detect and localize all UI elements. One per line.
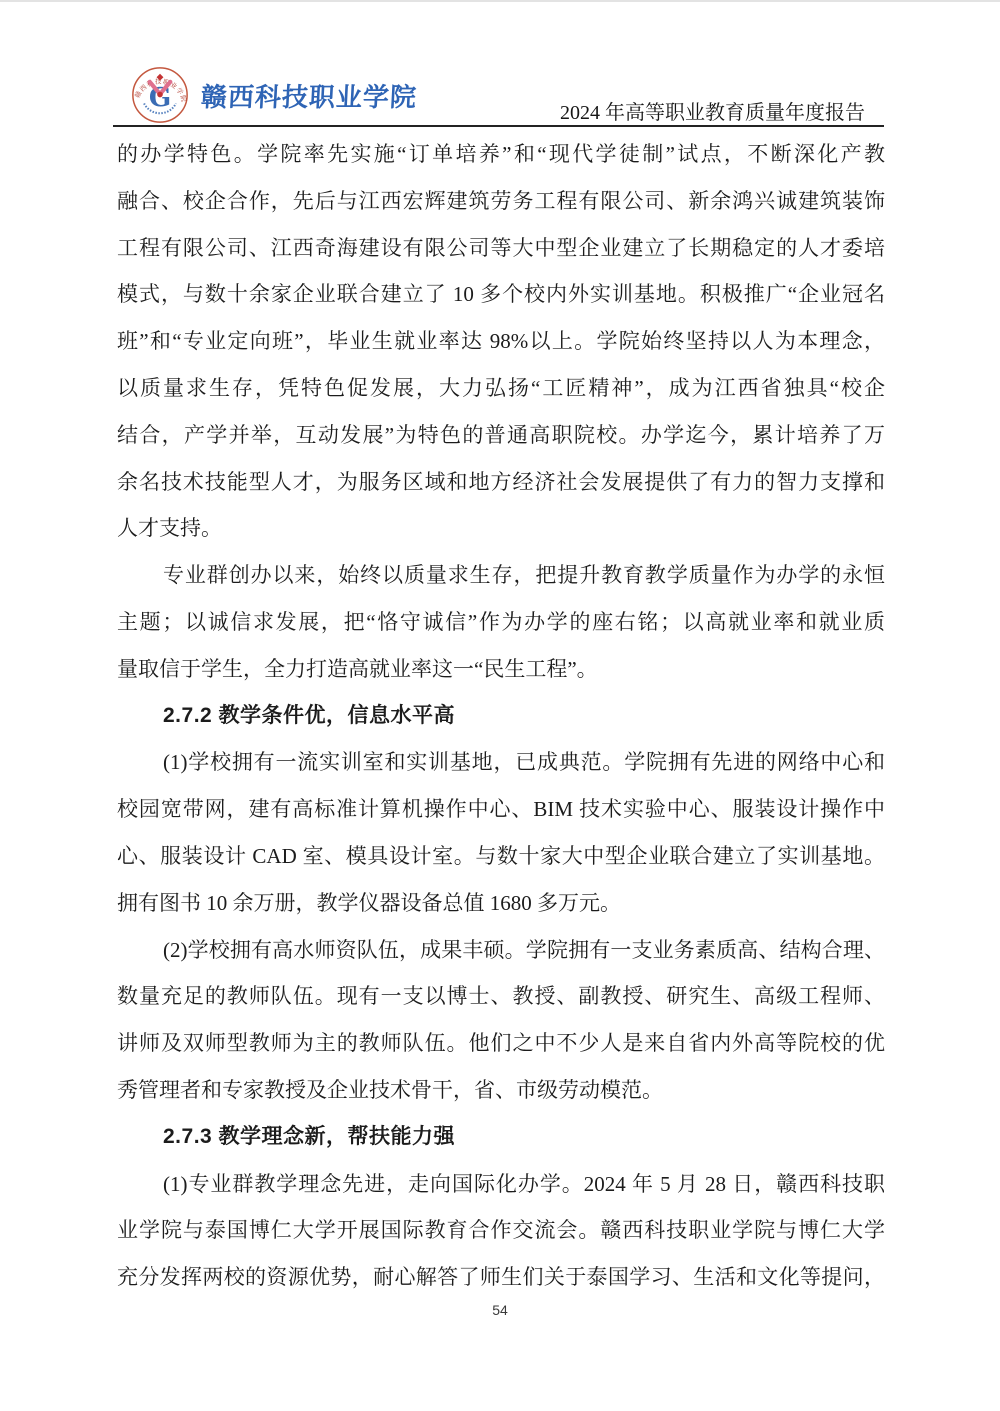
text-line: 的办学特色。学院率先实施“订单培养”和“现代学徒制”试点，不断深化产教 bbox=[117, 131, 885, 178]
school-seal-icon: 赣西科技职业学院 G bbox=[131, 66, 189, 124]
text-line: 拥有图书 10 余万册，教学仪器设备总值 1680 多万元。 bbox=[117, 880, 885, 927]
report-title: 2024 年高等职业教育质量年度报告 bbox=[560, 96, 865, 125]
header-logo: 赣西科技职业学院 G 赣西科技职业学院 bbox=[131, 66, 417, 124]
text-line: 融合、校企合作，先后与江西宏辉建筑劳务工程有限公司、新余鸿兴诚建筑装饰 bbox=[117, 178, 885, 225]
text-line: 工程有限公司、江西奇海建设有限公司等大中型企业建立了长期稳定的人才委培 bbox=[117, 225, 885, 272]
section-heading: 2.7.3 教学理念新，帮扶能力强 bbox=[117, 1114, 885, 1161]
header-rule bbox=[113, 125, 884, 127]
text-line: 结合，产学并举，互动发展”为特色的普通高职院校。办学迄今，累计培养了万 bbox=[117, 412, 885, 459]
text-line: 充分发挥两校的资源优势，耐心解答了师生们关于泰国学习、生活和文化等提问， bbox=[117, 1254, 885, 1301]
text-line: 主题；以诚信求发展，把“恪守诚信”作为办学的座右铭；以高就业率和就业质 bbox=[117, 599, 885, 646]
section-heading: 2.7.2 教学条件优，信息水平高 bbox=[117, 693, 885, 740]
page-number: 54 bbox=[0, 1302, 1000, 1318]
text-line: 以质量求生存，凭特色促发展，大力弘扬“工匠精神”，成为江西省独具“校企 bbox=[117, 365, 885, 412]
text-line: 心、服装设计 CAD 室、模具设计室。与数十家大中型企业联合建立了实训基地。 bbox=[117, 833, 885, 880]
text-line: (1)学校拥有一流实训室和实训基地，已成典范。学院拥有先进的网络中心和 bbox=[117, 739, 885, 786]
text-line: (1)专业群教学理念先进，走向国际化办学。2024 年 5 月 28 日，赣西科… bbox=[117, 1161, 885, 1208]
text-line: 专业群创办以来，始终以质量求生存，把提升教育教学质量作为办学的永恒 bbox=[117, 552, 885, 599]
text-line: 数量充足的教师队伍。现有一支以博士、教授、副教授、研究生、高级工程师、 bbox=[117, 973, 885, 1020]
text-line: 模式，与数十余家企业联合建立了 10 多个校内外实训基地。积极推广“企业冠名 bbox=[117, 271, 885, 318]
text-line: 余名技术技能型人才，为服务区域和地方经济社会发展提供了有力的智力支撑和 bbox=[117, 459, 885, 506]
text-line: 量取信于学生，全力打造高就业率这一“民生工程”。 bbox=[117, 646, 885, 693]
text-line: 人才支持。 bbox=[117, 505, 885, 552]
text-line: 讲师及双师型教师为主的教师队伍。他们之中不少人是来自省内外高等院校的优 bbox=[117, 1020, 885, 1067]
seal-center-dot bbox=[157, 92, 163, 98]
page-top-edge bbox=[0, 0, 1000, 2]
text-line: 校园宽带网，建有高标准计算机操作中心、BIM 技术实验中心、服装设计操作中 bbox=[117, 786, 885, 833]
document-page: 赣西科技职业学院 G 赣西科技职业学院 2024 年高等职业教育质量年度报告 的… bbox=[0, 0, 1000, 1411]
text-line: 业学院与泰国博仁大学开展国际教育合作交流会。赣西科技职业学院与博仁大学 bbox=[117, 1207, 885, 1254]
text-line: 秀管理者和专家教授及企业技术骨干，省、市级劳动模范。 bbox=[117, 1067, 885, 1114]
document-body: 的办学特色。学院率先实施“订单培养”和“现代学徒制”试点，不断深化产教融合、校企… bbox=[117, 131, 885, 1301]
text-line: 班”和“专业定向班”，毕业生就业率达 98%以上。学院始终坚持以人为本理念， bbox=[117, 318, 885, 365]
school-name: 赣西科技职业学院 bbox=[200, 77, 418, 114]
text-line: (2)学校拥有高水师资队伍，成果丰硕。学院拥有一支业务素质高、结构合理、 bbox=[117, 927, 885, 974]
